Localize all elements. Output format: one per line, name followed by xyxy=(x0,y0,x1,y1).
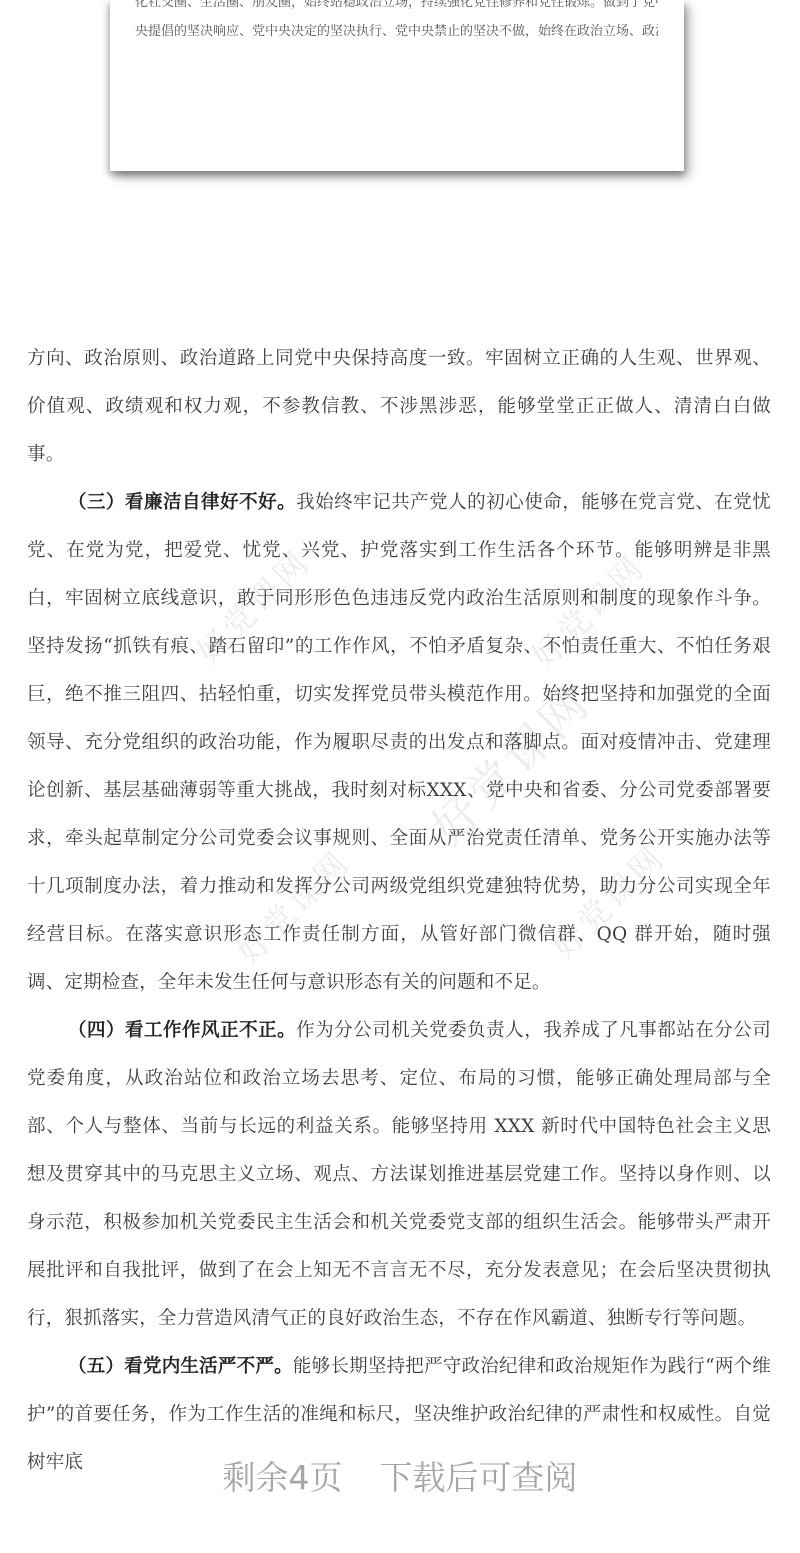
paragraph: （四）看工作作风正不正。作为分公司机关党委负责人，我养成了凡事都站在分公司党委角… xyxy=(27,1007,771,1343)
card-text-line: 化社交圈、生活圈、朋友圈，始终站稳政治立场，持续强化党性修养和党性锻炼。做到了党… xyxy=(135,0,658,10)
paragraph: 方向、政治原则、政治道路上同党中央保持高度一致。牢固树立正确的人生观、世界观、价… xyxy=(27,335,771,479)
document-page-card: 化社交圈、生活圈、朋友圈，始终站稳政治立场，持续强化党性修养和党性锻炼。做到了党… xyxy=(110,0,684,171)
paragraph-text: 我始终牢记共产党人的初心使命，能够在党言党、在党忧党、在党为党，把爱党、忧党、兴… xyxy=(27,492,771,993)
paragraph-text: 作为分公司机关党委负责人，我养成了凡事都站在分公司党委角度，从政治站位和政治立场… xyxy=(27,1020,771,1329)
card-text-line: 央提倡的坚决响应、党中央决定的坚决执行、党中央禁止的坚决不做，始终在政治立场、政… xyxy=(135,24,658,39)
paragraph-lead: （五）看党内生活严不严。 xyxy=(68,1356,293,1377)
document-body-text: 方向、政治原则、政治道路上同党中央保持高度一致。牢固树立正确的人生观、世界观、价… xyxy=(0,335,800,1487)
paragraph: （三）看廉洁自律好不好。我始终牢记共产党人的初心使命，能够在党言党、在党忧党、在… xyxy=(27,479,771,1007)
download-hint-label: 下载后可查阅 xyxy=(380,1458,578,1497)
paragraph-lead: （四）看工作作风正不正。 xyxy=(68,1020,296,1041)
paragraph-lead: （三）看廉洁自律好不好。 xyxy=(68,492,296,513)
paragraph-text: 方向、政治原则、政治道路上同党中央保持高度一致。牢固树立正确的人生观、世界观、价… xyxy=(27,348,771,465)
remaining-pages-notice: 剩余4页下载后可查阅 xyxy=(0,1452,800,1499)
remaining-pages-label: 剩余4页 xyxy=(223,1458,343,1497)
